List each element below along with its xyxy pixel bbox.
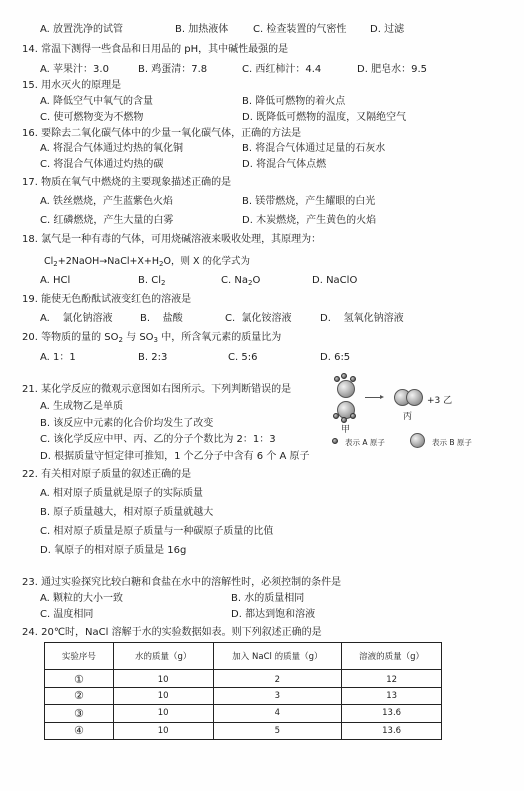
- q23-option-a: A. 颗粒的大小一致: [40, 593, 123, 605]
- q21-stem: 21. 某化学反应的微观示意图如右图所示。下列判断错误的是: [22, 384, 291, 396]
- cell-experiment-no: ②: [45, 687, 114, 705]
- cell-water-mass: 10: [113, 722, 213, 740]
- legend-a-atom-icon: [332, 438, 338, 444]
- q18-stem: 18. 氯气是一种有毒的气体，可用烧碱溶液来吸收处理，其原理为：: [22, 234, 321, 246]
- header-solution-mass: 溶液的质量（g）: [342, 643, 442, 670]
- cell-nacl-mass: 3: [213, 687, 342, 705]
- cell-solution-mass: 13: [342, 687, 442, 705]
- q13-option-a: A. 放置洗净的试管: [40, 24, 123, 36]
- q15-stem: 15. 用水灭火的原理是: [22, 80, 121, 92]
- q18-option-b: B. Cl2: [138, 275, 165, 287]
- reactant-label: 甲: [341, 422, 350, 435]
- table-row: ④ 10 5 13.6: [45, 722, 442, 740]
- q14-option-d: D. 肥皂水：9.5: [357, 64, 427, 76]
- legend-b-atom-icon: [410, 433, 425, 448]
- cell-solution-mass: 13.6: [342, 705, 442, 723]
- cell-nacl-mass: 2: [213, 670, 342, 688]
- table-header-row: 实验序号 水的质量（g） 加入 NaCl 的质量（g） 溶液的质量（g）: [45, 643, 442, 670]
- table-row: ③ 10 4 13.6: [45, 705, 442, 723]
- header-water-mass: 水的质量（g）: [113, 643, 213, 670]
- q17-option-a: A. 铁丝燃烧，产生蓝紫色火焰: [40, 196, 173, 208]
- q17-option-d: D. 木炭燃烧，产生黄色的火焰: [242, 215, 376, 227]
- legend-a-text: 表示 A 原子: [345, 437, 385, 448]
- q17-option-c: C. 红磷燃烧，产生大量的白雾: [40, 215, 173, 227]
- plus-three-yi: +3 乙: [427, 393, 452, 406]
- q21-option-b: B. 该反应中元素的化合价均发生了改变: [40, 418, 213, 430]
- cell-water-mass: 10: [113, 705, 213, 723]
- q21-reaction-diagram: 甲 丙 +3 乙 表示 A 原子 表示 B 原子: [328, 372, 524, 450]
- cell-solution-mass: 13.6: [342, 722, 442, 740]
- cell-nacl-mass: 5: [213, 722, 342, 740]
- q14-stem: 14. 常温下测得一些食品和日用品的 pH，其中碱性最强的是: [22, 44, 288, 56]
- q23-stem: 23. 通过实验探究比较白糖和食盐在水中的溶解性时，必须控制的条件是: [22, 577, 341, 589]
- q19-option-a: A. 氯化钠溶液: [40, 313, 113, 325]
- cell-experiment-no: ③: [45, 705, 114, 723]
- q23-option-c: C. 温度相同: [40, 609, 93, 621]
- q22-option-c: C. 相对原子质量是原子质量与一种碳原子质量的比值: [40, 526, 273, 538]
- q18-option-d: D. NaClO: [312, 275, 357, 287]
- q14-option-b: B. 鸡蛋清：7.8: [138, 64, 207, 76]
- q16-option-c: C. 将混合气体通过灼热的碳: [40, 159, 163, 171]
- cell-water-mass: 10: [113, 687, 213, 705]
- q18-option-a: A. HCl: [40, 275, 70, 287]
- q15-option-c: C. 使可燃物变为不燃物: [40, 112, 143, 124]
- cell-experiment-no: ④: [45, 722, 114, 740]
- q19-option-c: C. 氯化铵溶液: [225, 313, 292, 325]
- q15-option-b: B. 降低可燃物的着火点: [242, 96, 345, 108]
- q16-option-b: B. 将混合气体通过足量的石灰水: [242, 143, 385, 155]
- table-row: ② 10 3 13: [45, 687, 442, 705]
- cell-nacl-mass: 4: [213, 705, 342, 723]
- q22-option-d: D. 氧原子的相对原子质量是 16g: [40, 545, 186, 557]
- q13-option-d: D. 过滤: [370, 24, 404, 36]
- q13-option-c: C. 检查装置的气密性: [253, 24, 346, 36]
- q17-option-b: B. 镁带燃烧，产生耀眼的白光: [242, 196, 375, 208]
- q22-option-a: A. 相对原子质量就是原子的实际质量: [40, 488, 203, 500]
- legend-b-text: 表示 B 原子: [432, 437, 472, 448]
- q21-option-c: C. 该化学反应中甲、丙、乙的分子个数比为 2：1：3: [40, 434, 276, 446]
- q16-option-d: D. 将混合气体点燃: [242, 159, 326, 171]
- q21-option-a: A. 生成物乙是单质: [40, 401, 123, 413]
- q14-option-a: A. 苹果汁：3.0: [40, 64, 109, 76]
- table-row: ① 10 2 12: [45, 670, 442, 688]
- product-label: 丙: [403, 409, 412, 422]
- q24-stem: 24. 20℃时，NaCl 溶解于水的实验数据如表。则下列叙述正确的是: [22, 627, 322, 639]
- q18-equation: Cl2+2NaOH→NaCl+X+H2O，则 X 的化学式为: [44, 256, 250, 268]
- q15-option-a: A. 降低空气中氧气的含量: [40, 96, 153, 108]
- q13-option-b: B. 加热液体: [175, 24, 228, 36]
- q15-option-d: D. 既降低可燃物的温度，又隔绝空气: [242, 112, 406, 124]
- q23-option-b: B. 水的质量相同: [231, 593, 304, 605]
- q14-option-c: C. 西红柿汁：4.4: [242, 64, 321, 76]
- header-nacl-mass: 加入 NaCl 的质量（g）: [213, 643, 342, 670]
- q23-option-d: D. 都达到饱和溶液: [231, 609, 315, 621]
- q19-option-b: B. 盐酸: [140, 313, 183, 325]
- q16-option-a: A. 将混合气体通过灼热的氧化铜: [40, 143, 183, 155]
- q19-option-d: D. 氢氧化钠溶液: [320, 313, 404, 325]
- q21-option-d: D. 根据质量守恒定律可推知，1 个乙分子中含有 6 个 A 原子: [40, 451, 310, 463]
- q20-option-a: A. 1：1: [40, 352, 76, 364]
- q19-stem: 19. 能使无色酚酞试液变红色的溶液是: [22, 294, 191, 306]
- header-experiment-no: 实验序号: [45, 643, 114, 670]
- q20-option-d: D. 6:5: [320, 352, 350, 364]
- q22-option-b: B. 原子质量越大，相对原子质量就越大: [40, 507, 213, 519]
- cell-solution-mass: 12: [342, 670, 442, 688]
- q18-option-c: C. Na2O: [221, 275, 260, 287]
- q20-option-b: B. 2:3: [138, 352, 167, 364]
- q16-stem: 16. 要除去二氧化碳气体中的少量一氧化碳气体，正确的方法是: [22, 128, 301, 140]
- cell-experiment-no: ①: [45, 670, 114, 688]
- q22-stem: 22. 有关相对原子质量的叙述正确的是: [22, 469, 191, 481]
- nacl-dissolution-table: 实验序号 水的质量（g） 加入 NaCl 的质量（g） 溶液的质量（g） ① 1…: [44, 642, 442, 740]
- q20-option-c: C. 5:6: [228, 352, 257, 364]
- reaction-arrow-icon: [365, 397, 382, 398]
- q20-stem: 20. 等物质的量的 SO2 与 SO3 中，所含氧元素的质量比为: [22, 332, 281, 344]
- cell-water-mass: 10: [113, 670, 213, 688]
- q17-stem: 17. 物质在氧气中燃烧的主要现象描述正确的是: [22, 177, 231, 189]
